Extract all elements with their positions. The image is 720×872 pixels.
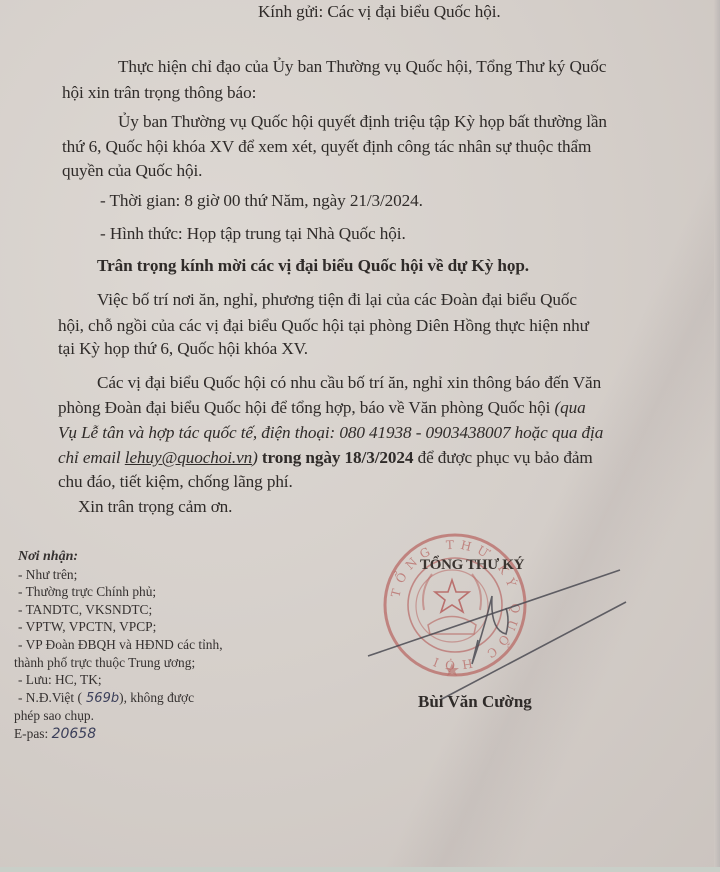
deadline: trong ngày 18/3/2024 [258, 448, 414, 467]
email-link[interactable]: lehuy@quochoi.vn [125, 448, 252, 467]
recipient-item: - VP Đoàn ĐBQH và HĐND các tỉnh, [18, 636, 223, 654]
arrangement-line-3: tại Kỳ họp thứ 6, Quốc hội khóa XV. [58, 338, 308, 360]
contact-line-2: phòng Đoàn đại biểu Quốc hội để tổng hợp… [58, 397, 586, 419]
recipient-item: - TANDTC, VKSNDTC; [18, 601, 223, 619]
bottom-edge [0, 867, 720, 872]
contact-line-3: Vụ Lễ tân và hợp tác quốc tế, điện thoại… [58, 422, 603, 444]
copy-prefix: - N.Đ.Việt ( [18, 690, 82, 705]
paper-edge [714, 0, 720, 872]
decision-line-3: quyền của Quốc hội. [62, 160, 202, 182]
copy-number-handwritten: 569b [82, 691, 119, 706]
contact-line-4-text: để được phục vụ bảo đảm [413, 448, 592, 467]
contact-line-2-italic: (qua [555, 398, 586, 417]
recipient-item: - Thường trực Chính phủ; [18, 583, 223, 601]
recipient-item: thành phố trực thuộc Trung ương; [14, 654, 223, 672]
contact-line-4: chỉ email lehuy@quochoi.vn) trong ngày 1… [58, 447, 593, 469]
arrangement-line-2: hội, chỗ ngồi của các vị đại biểu Quốc h… [58, 315, 589, 337]
salutation: Kính gửi: Các vị đại biểu Quốc hội. [258, 1, 501, 23]
epas-label: E-pas: [14, 726, 52, 741]
contact-line-1: Các vị đại biểu Quốc hội có nhu cầu bố t… [97, 372, 601, 394]
recipient-item: - Như trên; [18, 566, 223, 584]
recipient-item: - VPTW, VPCTN, VPCP; [18, 618, 223, 636]
decision-line-1: Ủy ban Thường vụ Quốc hội quyết định tri… [118, 111, 607, 133]
meeting-format: - Hình thức: Họp tập trung tại Nhà Quốc … [100, 223, 406, 245]
email-prefix: chỉ email [58, 448, 125, 467]
recipient-item: - Lưu: HC, TK; [18, 671, 223, 689]
invitation: Trân trọng kính mời các vị đại biểu Quốc… [97, 255, 529, 277]
recipient-copy-line-2: phép sao chụp. [14, 707, 223, 725]
recipients-title: Nơi nhận: [18, 548, 223, 566]
contact-line-5: chu đáo, tiết kiệm, chống lãng phí. [58, 471, 293, 493]
intro-line-2: hội xin trân trọng thông báo: [62, 82, 256, 104]
intro-line-1: Thực hiện chỉ đạo của Ủy ban Thường vụ Q… [118, 56, 606, 78]
arrangement-line-1: Việc bố trí nơi ăn, nghỉ, phương tiện đi… [97, 289, 577, 311]
contact-line-2-text: phòng Đoàn đại biểu Quốc hội để tổng hợp… [58, 398, 555, 417]
signer-name: Bùi Văn Cường [418, 692, 532, 712]
epas-line: E-pas: 20658 [14, 725, 223, 744]
decision-line-2: thứ 6, Quốc hội khóa XV để xem xét, quyế… [62, 136, 591, 158]
meeting-time: - Thời gian: 8 giờ 00 thứ Năm, ngày 21/3… [100, 190, 423, 212]
closing: Xin trân trọng cảm ơn. [78, 496, 232, 518]
recipients-list: - Như trên;- Thường trực Chính phủ;- TAN… [18, 566, 223, 689]
recipients-block: Nơi nhận: - Như trên;- Thường trực Chính… [18, 548, 223, 744]
copy-suffix: ), không được [119, 690, 194, 705]
recipient-copy-line: - N.Đ.Việt ( 569b), không được [18, 689, 223, 708]
epas-number-handwritten: 20658 [52, 726, 97, 742]
